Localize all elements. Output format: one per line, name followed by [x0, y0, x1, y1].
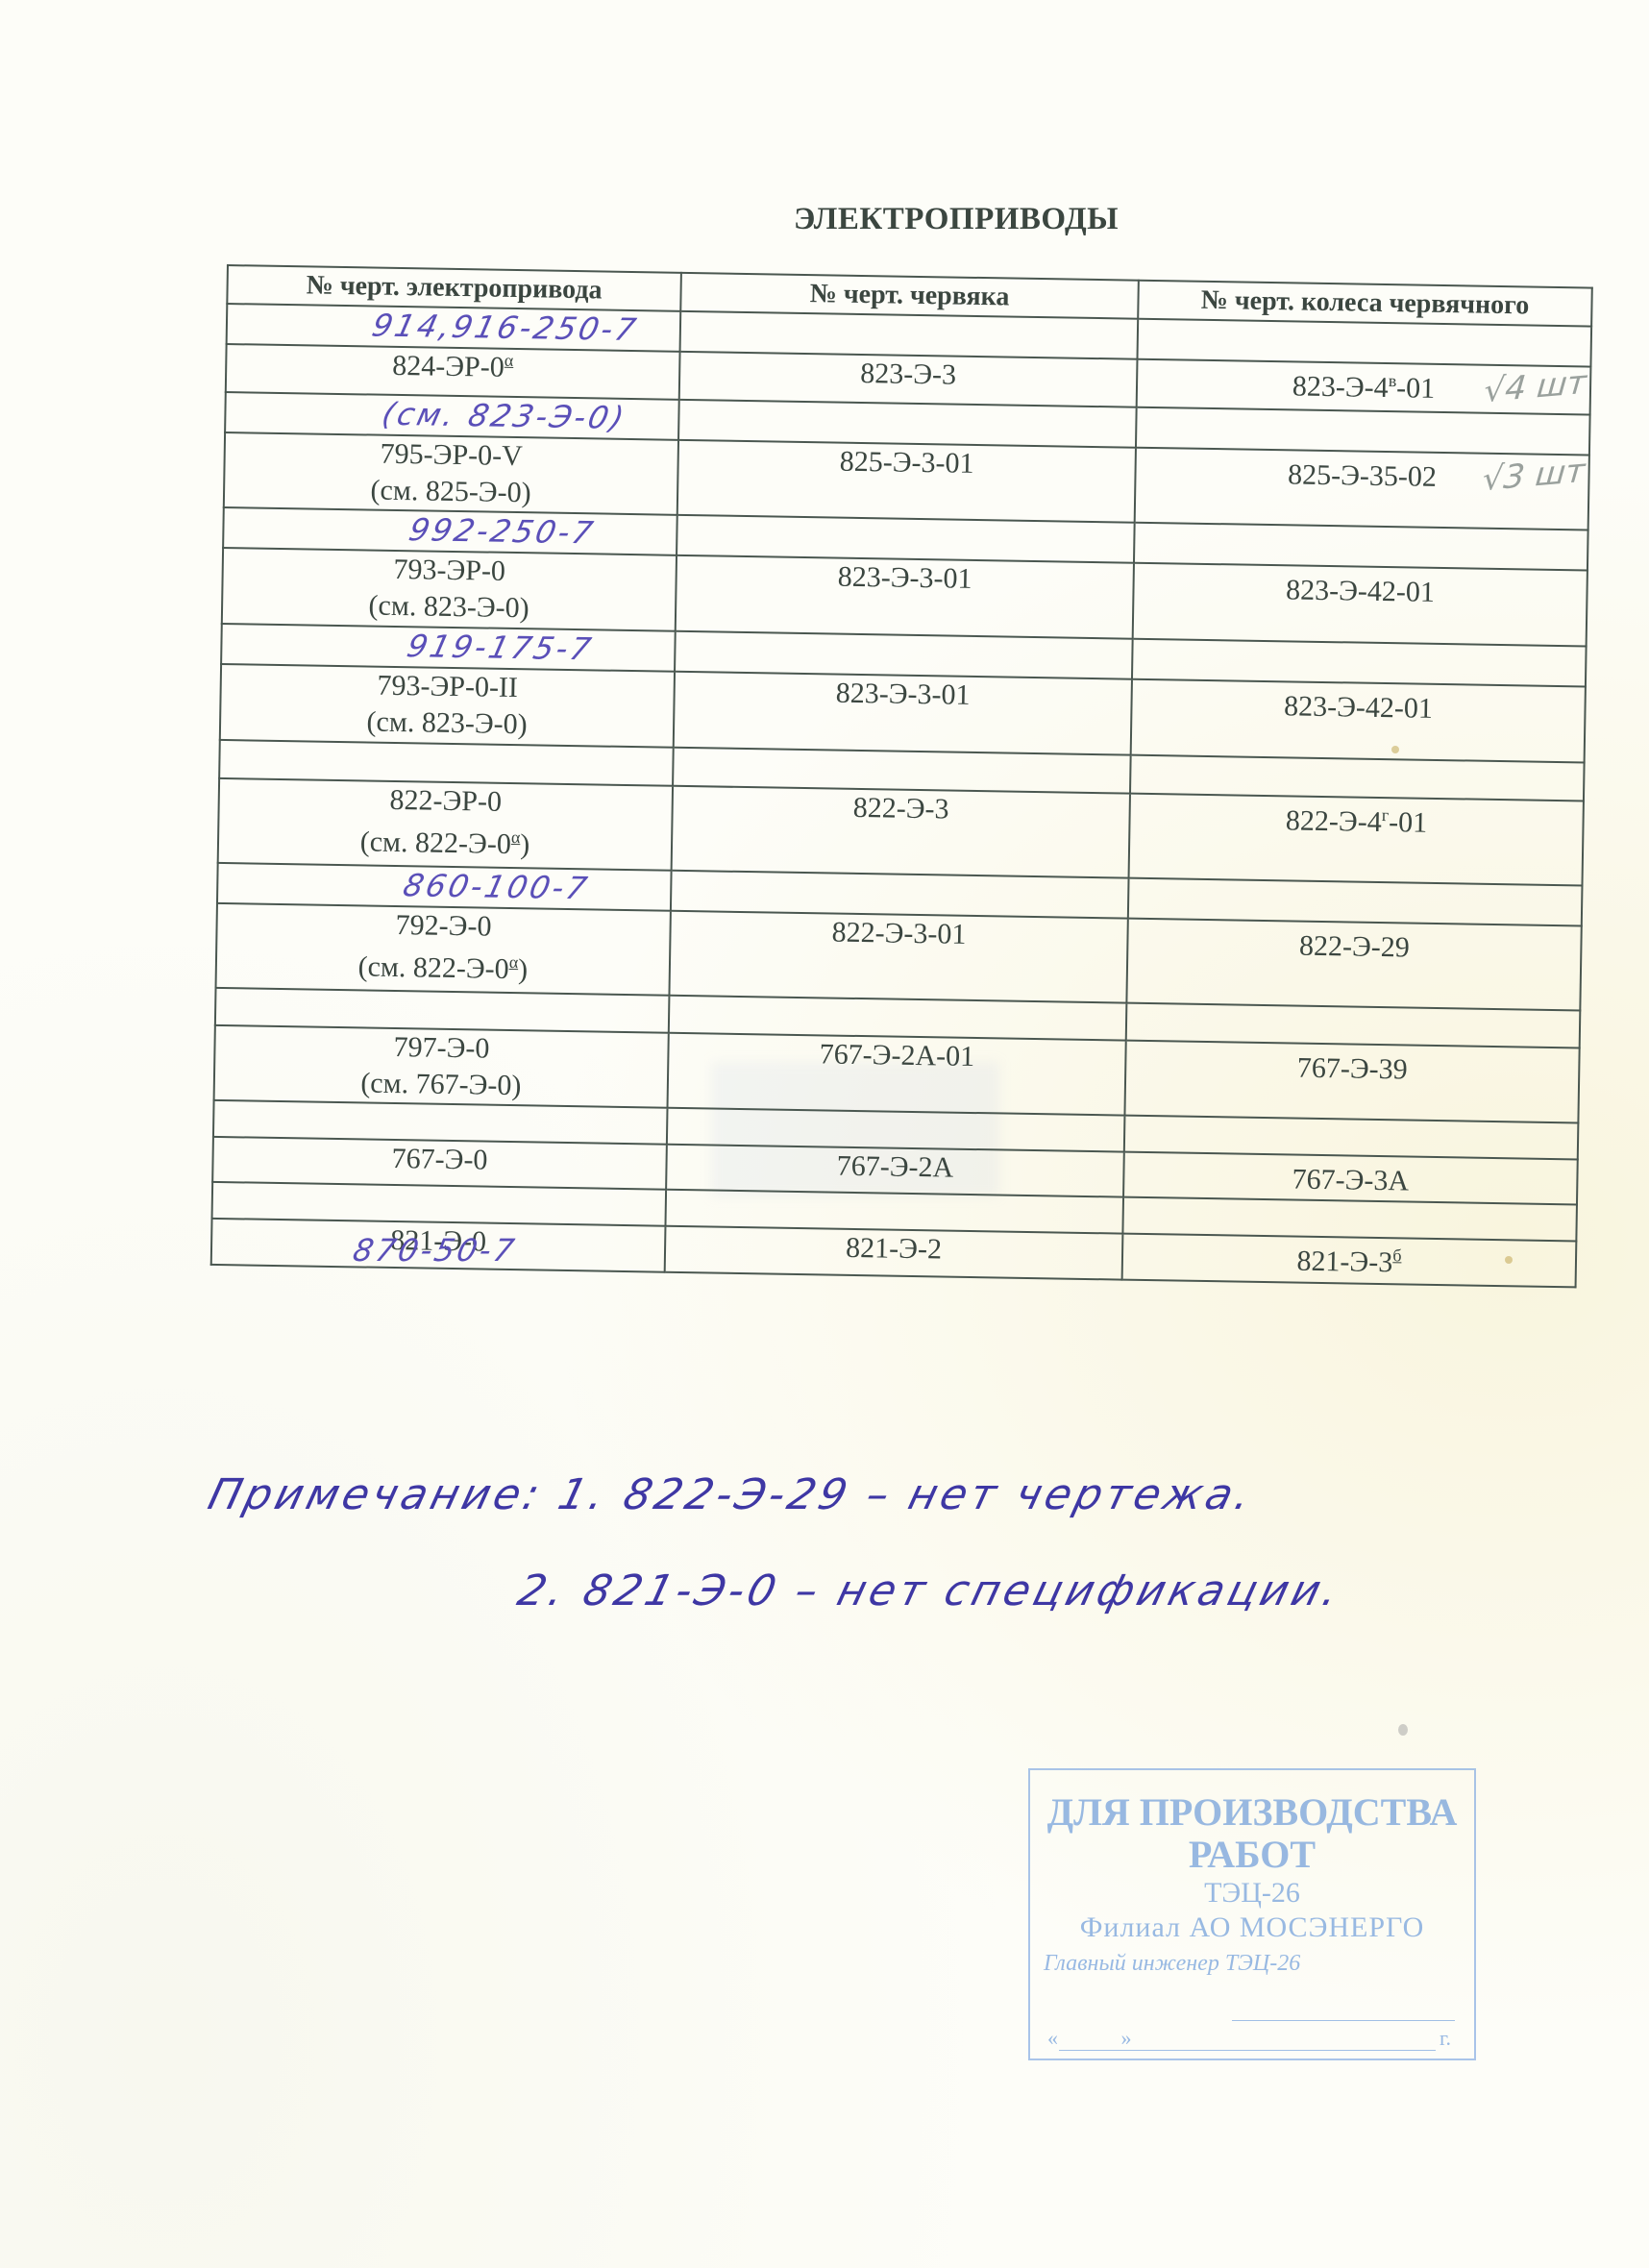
worm-cell: 822-Э-3-01	[669, 911, 1127, 1003]
stamp-date-row: « » г.	[1047, 2026, 1455, 2051]
handwritten-note-line-1: Примечание: 1. 822-Э-29 – нет чертежа.	[204, 1470, 1260, 1519]
wheel-cell: 822-Э-4г-01	[1129, 794, 1584, 886]
drive-cell: 824-ЭР-0α	[226, 344, 680, 400]
wheel-number-text: 823-Э-4	[1292, 370, 1389, 404]
wheel-cell: 767-Э-39	[1124, 1041, 1579, 1123]
worm-cell: 822-Э-3	[672, 786, 1130, 878]
handwritten-drive-number: 860-100-7	[400, 867, 593, 906]
wheel-number: 823-Э-42-01	[1132, 680, 1585, 730]
wheel-number: 767-Э-39	[1126, 1042, 1579, 1092]
drive-number-text: 824-ЭР-0	[392, 350, 505, 383]
wheel-cell: 767-Э-3А	[1123, 1152, 1578, 1205]
wheel-number-text: 823-Э-42-01	[1284, 690, 1433, 725]
drive-number-text: 792-Э-0	[395, 909, 491, 943]
drive-cell: 795-ЭР-0-V(см. 825-Э-0)	[224, 432, 678, 515]
worm-number: 822-Э-3-01	[671, 912, 1127, 956]
wheel-number-text: 767-Э-39	[1297, 1052, 1408, 1086]
wheel-cell: 821-Э-3б	[1122, 1234, 1577, 1288]
worm-number: 823-Э-3-01	[675, 673, 1131, 717]
drive-number-text: 793-ЭР-0-II	[377, 670, 518, 703]
drives-table-wrap: № черт. электропривода № черт. червяка №…	[210, 264, 1591, 1288]
wheel-number: 821-Э-3б	[1123, 1235, 1576, 1285]
wheel-cell: 823-Э-42-01	[1131, 679, 1586, 763]
drive-reference: (см. 823-Э-0)	[223, 585, 676, 629]
wheel-number-text: 822-Э-4	[1286, 804, 1382, 838]
approval-stamp: ДЛЯ ПРОИЗВОДСТВА РАБОТ ТЭЦ-26 Филиал АО …	[1028, 1768, 1476, 2060]
drive-number: 822-ЭР-0	[219, 779, 672, 824]
drive-reference: (см. 767-Э-0)	[215, 1063, 668, 1107]
drive-number-text: 767-Э-0	[391, 1143, 487, 1176]
drive-reference: (см. 823-Э-0)	[221, 702, 674, 746]
drive-reference-text: (см. 767-Э-0)	[360, 1067, 522, 1101]
drives-table: № черт. электропривода № черт. червяка №…	[210, 264, 1593, 1288]
worm-number: 825-Э-3-01	[678, 441, 1135, 485]
worm-cell: 767-Э-2А-01	[668, 1033, 1126, 1116]
drive-superscript: α	[505, 351, 514, 370]
drive-cell: 793-ЭР-0-II(см. 823-Э-0)	[220, 664, 675, 748]
stamp-line-5: Главный инженер ТЭЦ-26	[1030, 1951, 1474, 1977]
drive-number-text: 797-Э-0	[393, 1031, 489, 1065]
wheel-cell: 823-Э-42-01	[1133, 563, 1587, 647]
drive-number: 792-Э-0	[217, 904, 670, 949]
stamp-signature-line	[1232, 2020, 1455, 2021]
drive-number-text: 795-ЭР-0-V	[380, 438, 523, 472]
stamp-line-1: ДЛЯ ПРОИЗВОДСТВА	[1030, 1791, 1474, 1834]
worm-number: 821-Э-2	[666, 1227, 1122, 1271]
drive-cell: 793-ЭР-0(см. 823-Э-0)	[222, 548, 677, 631]
wheel-number-suffix: -01	[1396, 372, 1436, 405]
handwritten-below-table: 870-50-7	[350, 1232, 520, 1269]
worm-number: 823-Э-3	[680, 353, 1137, 397]
drive-reference-close: )	[520, 828, 530, 860]
worm-cell: 823-Э-3-01	[676, 555, 1134, 639]
wheel-cell: 825-Э-35-02√3 шт	[1135, 448, 1589, 530]
wheel-number-text: 822-Э-29	[1299, 930, 1410, 964]
drive-reference: (см. 822-Э-0α)	[219, 822, 672, 866]
worm-cell: 823-Э-3	[679, 352, 1138, 407]
stamp-year-suffix: г.	[1440, 2026, 1451, 2051]
drive-reference-text: (см. 823-Э-0)	[368, 589, 529, 624]
paper-speck	[1398, 1724, 1408, 1736]
handwritten-drive-number: (см. 823-Э-0)	[379, 396, 630, 436]
drive-number: 824-ЭР-0α	[227, 345, 679, 389]
drive-cell: 792-Э-0(см. 822-Э-0α)	[216, 903, 671, 996]
stamp-line-4: Филиал АО МОСЭНЕРГО	[1030, 1911, 1474, 1945]
wheel-number-text: 821-Э-3	[1296, 1245, 1392, 1279]
wheel-number: 822-Э-29	[1128, 920, 1581, 970]
worm-cell: 821-Э-2	[665, 1226, 1123, 1280]
stamp-line-3: ТЭЦ-26	[1030, 1876, 1474, 1911]
worm-cell: 767-Э-2А	[666, 1145, 1124, 1197]
drive-reference-text: (см. 822-Э-0	[360, 826, 512, 860]
drive-reference-text: (см. 825-Э-0)	[370, 475, 531, 509]
wheel-cell: 823-Э-4в-01√4 шт	[1137, 359, 1591, 415]
drive-reference: (см. 822-Э-0α)	[217, 947, 670, 991]
wheel-number: 823-Э-42-01	[1134, 564, 1587, 614]
handwritten-note-line-2: 2. 821-Э-0 – нет спецификации.	[513, 1566, 1347, 1615]
wheel-number-suffix: -01	[1389, 806, 1428, 839]
worm-number: 823-Э-3-01	[677, 556, 1133, 601]
drive-reference-close: )	[518, 953, 529, 985]
worm-number: 822-Э-3	[673, 787, 1129, 831]
drive-reference-text: (см. 823-Э-0)	[366, 705, 528, 740]
wheel-number-text: 825-Э-35-02	[1288, 458, 1437, 493]
wheel-number: 822-Э-4г-01	[1130, 795, 1583, 845]
stamp-date-close: »	[1121, 2026, 1132, 2050]
drive-number-text: 822-ЭР-0	[389, 784, 502, 818]
wheel-number-text: 823-Э-42-01	[1286, 574, 1435, 608]
worm-cell: 823-Э-3-01	[674, 672, 1132, 755]
drive-cell: 767-Э-0	[212, 1137, 667, 1190]
drive-number-text: 793-ЭР-0	[393, 554, 505, 587]
drive-number: 767-Э-0	[213, 1138, 666, 1182]
worm-cell: 825-Э-3-01	[677, 440, 1136, 523]
handwritten-drive-number: 992-250-7	[406, 511, 599, 551]
wheel-number-text: 767-Э-3А	[1292, 1164, 1409, 1197]
worm-number: 767-Э-2А-01	[669, 1034, 1125, 1078]
wheel-superscript: б	[1392, 1245, 1402, 1265]
drive-reference-text: (см. 822-Э-0	[357, 950, 509, 985]
drive-cell: 797-Э-0(см. 767-Э-0)	[214, 1025, 669, 1108]
wheel-cell: 822-Э-29	[1126, 919, 1581, 1011]
drive-reference: (см. 825-Э-0)	[225, 470, 677, 514]
handwritten-drive-number: 914,916-250-7	[369, 308, 643, 348]
worm-number: 767-Э-2А	[667, 1146, 1123, 1190]
handwritten-drive-number: 919-175-7	[404, 628, 597, 667]
table-body: 914,916-250-7824-ЭР-0α823-Э-3823-Э-4в-01…	[211, 304, 1591, 1287]
stamp-line-2: РАБОТ	[1030, 1834, 1474, 1876]
stamp-date-open: «	[1047, 2026, 1058, 2050]
wheel-number: 767-Э-3А	[1124, 1153, 1577, 1203]
page-title: ЭЛЕКТРОПРИВОДЫ	[0, 202, 1649, 237]
drive-cell: 822-ЭР-0(см. 822-Э-0α)	[218, 778, 673, 871]
